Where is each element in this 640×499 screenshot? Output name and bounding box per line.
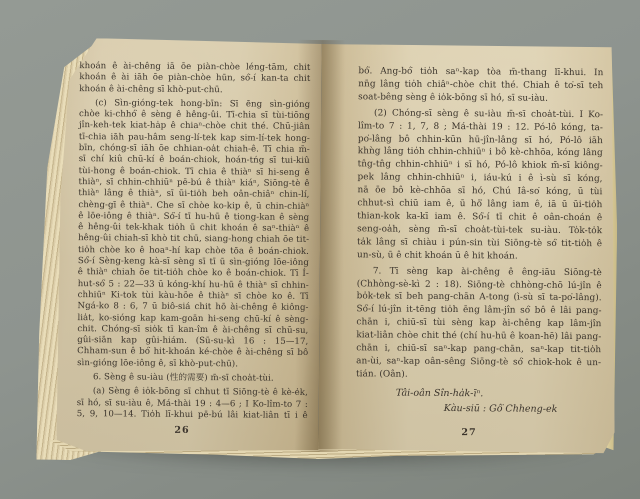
text-line: 5, 9, 10—14. Tio̍h lī-khui pē-bú lâi kia… xyxy=(77,409,308,422)
text-line: un-sù, ū ê chit khoán ū ê hit khoán. xyxy=(357,249,602,264)
text-line: soat-bêng sèng ê io̍k-bōng sī hó, sī su-… xyxy=(358,91,603,106)
text-line: 6. Sèng ê su-iàu (性的需要) m̄-sī choa̍t-tùi… xyxy=(77,372,308,385)
paragraph: (a) Sèng ê io̍k-bōng sī chhut tī Siōng-t… xyxy=(77,386,308,422)
left-page-text: khoán ê ài-chêng iā ōe piàn-chòe léng-tā… xyxy=(77,61,311,422)
text-line: 7. Tī sèng kap ài-chêng ê êng-iāu Siōng-… xyxy=(357,265,602,280)
paragraph: bó͘. Ang-bó͘ tio̍h saⁿ-kap tòa m̄-thang … xyxy=(358,65,603,106)
page-number-left: 26 xyxy=(67,424,298,437)
page-number-right: 27 xyxy=(347,426,592,439)
paragraph: khoán ê ài-chêng iā ōe piàn-chòe léng-tā… xyxy=(79,61,310,97)
paragraph: 7. Tī sèng kap ài-chêng ê êng-iāu Siōng-… xyxy=(356,265,602,383)
text-line: khoán ê ài-chêng sī khò-put-chū. xyxy=(79,84,310,97)
paragraph: (c) Sìn-gióng-tek hong-bīn: Sī ēng sìn-g… xyxy=(77,98,310,371)
paragraph: 6. Sèng ê su-iàu (性的需要) m̄-sī choa̍t-tùi… xyxy=(77,372,308,385)
text-line: sìn-gióng lōe-iông ê, sī khò-put-chū). xyxy=(77,358,308,371)
right-page-text: bó͘. Ang-bó͘ tio̍h saⁿ-kap tòa m̄-thang … xyxy=(356,65,603,383)
text-line: tián. (Oân). xyxy=(356,368,601,383)
photo-of-open-book: khoán ê ài-chêng iā ōe piàn-chòe léng-tā… xyxy=(0,0,640,499)
colophon: Tâi-oân Sîn-ha̍k-īⁿ. Kàu-siū : Gô͘ Chhen… xyxy=(356,385,601,417)
colophon-author: Kàu-siū : Gô͘ Chheng-ek xyxy=(356,400,601,417)
text-line: lîm-to 7 : 1, 7, 8 ; Má-thài 19 : 12. Pó… xyxy=(358,120,603,135)
book: khoán ê ài-chêng iā ōe piàn-chòe léng-tā… xyxy=(0,0,640,499)
paragraph: (2) Chóng-sī sèng ê su-iàu m̄-sī choa̍t-… xyxy=(357,107,603,264)
